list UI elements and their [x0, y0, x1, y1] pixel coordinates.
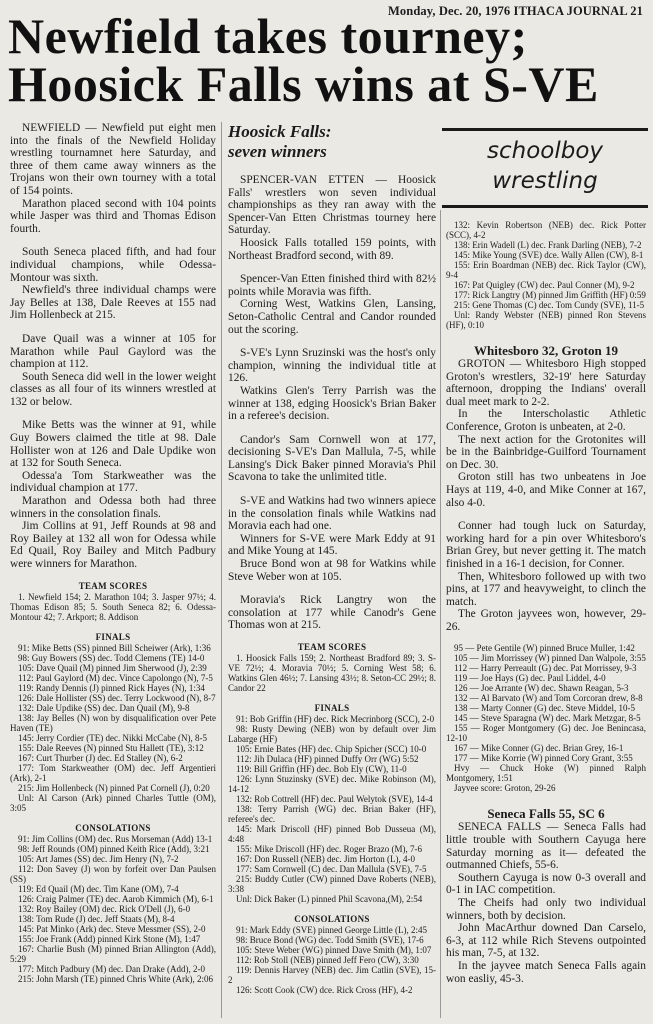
result-line: 155: Dale Reeves (N) pinned Stu Hallett … [10, 743, 216, 753]
headline-line-2: Hoosick Falls wins at S-VE [8, 56, 599, 112]
result-line: 145 — Steve Sparagna (W) dec. Mark Metzg… [446, 713, 646, 723]
result-line: 177 — Mike Korrie (W) pinned Cory Grant,… [446, 753, 646, 763]
paragraph: Marathon and Odessa both had three winne… [10, 495, 216, 520]
result-line: 138 — Marty Conner (G) dec. Steve Middel… [446, 703, 646, 713]
result-line: Hvy — Chuck Hoke (W) pinned Ralph Montgo… [446, 763, 646, 783]
result-line: 98: Guy Bowers (SS) dec. Todd Clemens (T… [10, 653, 216, 663]
result-line: 105: Steve Weber (WG) pinned Dave Smith … [228, 945, 436, 955]
consolations-list: 91: Jim Collins (OM) dec. Rus Morseman (… [10, 834, 216, 984]
column-header-line-1: schoolboy [487, 138, 603, 164]
result-line: 105 — Jim Morrissey (W) pinned Dan Walpo… [446, 653, 646, 663]
result-line: 112: Don Savey (J) won by forfeit over D… [10, 864, 216, 884]
newspaper-page: Monday, Dec. 20, 1976 ITHACA JOURNAL 21 … [0, 0, 653, 1024]
result-line: 132 — Al Barvato (W) and Tom Corcoran dr… [446, 693, 646, 703]
subhead-line-2: seven winners [228, 142, 327, 161]
paragraph: Newfield's three individual champs were … [10, 284, 216, 322]
result-line: 105: Ernie Bates (HF) dec. Chip Spicher … [228, 744, 436, 754]
finals-heading: FINALS [10, 632, 216, 642]
result-line: 105: Dave Quail (M) pinned Jim Sherwood … [10, 663, 216, 673]
result-line: 119: Bill Griffin (HF) dec. Bob Ely (CW)… [228, 764, 436, 774]
result-line: 138: Jay Belles (N) won by disqualificat… [10, 713, 216, 733]
paragraph: The Groton jayvees won, however, 29-26. [446, 608, 646, 633]
result-line: 119 — Joe Hays (G) dec. Paul Liddel, 4-0 [446, 673, 646, 683]
result-line: 138: Erin Wadell (L) dec. Frank Darling … [446, 240, 646, 250]
paragraph: Marathon placed second with 104 points w… [10, 198, 216, 236]
result-line: 177: Mitch Padbury (M) dec. Dan Drake (A… [10, 964, 216, 974]
right-column: 132: Kevin Robertson (NEB) dec. Rick Pot… [446, 206, 646, 985]
newfield-body: NEWFIELD — Newfield put eight men into t… [10, 122, 216, 571]
paragraph: John MacArthur downed Dan Carselo, 6-3, … [446, 922, 646, 960]
paragraph: Winners for S-VE were Mark Eddy at 91 an… [228, 533, 436, 558]
result-line: Unl: Dick Baker (L) pinned Phil Scavona,… [228, 894, 436, 904]
result-line: 119: Randy Dennis (J) pinned Rick Hayes … [10, 683, 216, 693]
team-scores-heading: TEAM SCORES [228, 642, 436, 652]
result-line: 138: Terry Parrish (WG) dec. Brian Baker… [228, 804, 436, 824]
paragraph: Corning West, Watkins Glen, Lansing, Set… [228, 298, 436, 336]
paragraph: Jim Collins at 91, Jeff Rounds at 98 and… [10, 520, 216, 570]
paragraph: The Cheifs had only two individual winne… [446, 897, 646, 922]
result-line: 155: Joe Frank (Add) pinned Kirk Stone (… [10, 934, 216, 944]
paragraph: The next action for the Grotonites will … [446, 434, 646, 472]
result-line: 132: Roy Bailey (OM) dec. Rick O'Dell (J… [10, 904, 216, 914]
team-scores: 1. Hoosick Falls 159; 2. Northeast Bradf… [228, 653, 436, 693]
result-line: 215: John Marsh (TE) pinned Chris White … [10, 974, 216, 984]
paragraph: GROTON — Whitesboro High stopped Groton'… [446, 358, 646, 408]
result-line: 167 — Mike Conner (G) dec. Brian Grey, 1… [446, 743, 646, 753]
result-line: 126: Dale Hollister (SS) dec. Terry Lock… [10, 693, 216, 703]
paragraph: S-VE's Lynn Sruzinski was the host's onl… [228, 347, 436, 385]
paragraph: S-VE and Watkins had two winners apiece … [228, 495, 436, 533]
newfield-article: NEWFIELD — Newfield put eight men into t… [10, 122, 216, 984]
result-line: 145: Mike Young (SVE) dce. Wally Allen (… [446, 250, 646, 260]
paragraph: Odessa'a Tom Starkweather was the indivi… [10, 470, 216, 495]
paragraph: Hoosick Falls totalled 159 points, with … [228, 237, 436, 262]
paragraph: Then, Whitesboro followed up with two pi… [446, 571, 646, 609]
finals-list: 91: Bob Griffin (HF) dec. Rick Mecrinbor… [228, 714, 436, 904]
result-line: 155: Erin Boardman (NEB) dec. Rick Taylo… [446, 260, 646, 280]
consolations-heading: CONSOLATIONS [228, 914, 436, 924]
result-line: 119: Ed Quail (M) dec. Tim Kane (OM), 7-… [10, 884, 216, 894]
result-line: 98: Jeff Rounds (OM) pinned Keith Rice (… [10, 844, 216, 854]
paragraph: In the Interscholastic Athletic Conferen… [446, 408, 646, 433]
result-line: 177: Rick Langtry (M) pinned Jim Griffit… [446, 290, 646, 300]
result-line: Unl: Randy Webster (NEB) pinned Ron Stev… [446, 310, 646, 330]
paragraph: Watkins Glen's Terry Parrish was the win… [228, 385, 436, 423]
result-line: 215: Buddy Cutler (CW) pinned Dave Rober… [228, 874, 436, 894]
paragraph: Conner had tough luck on Saturday, worki… [446, 520, 646, 570]
paragraph: Moravia's Rick Langtry won the consolati… [228, 594, 436, 632]
result-line: 126 — Joe Arrante (W) dec. Shawn Reagan,… [446, 683, 646, 693]
result-line: 145: Pat Minko (Ark) dec. Steve Messmer … [10, 924, 216, 934]
whitesboro-headline: Whitesboro 32, Groton 19 [446, 344, 646, 358]
paragraph: Southern Cayuga is now 0-3 overall and 0… [446, 872, 646, 897]
result-line: 126: Lynn Stuzinsky (SVE) dec. Mike Robi… [228, 774, 436, 794]
result-line: 112: Paul Gaylord (M) dec. Vince Capolon… [10, 673, 216, 683]
paragraph: South Seneca did well in the lower weigh… [10, 371, 216, 409]
result-line: 167: Pat Quigley (CW) dec. Paul Conner (… [446, 280, 646, 290]
result-line: 167: Curt Thurber (J) dec. Ed Stalley (N… [10, 753, 216, 763]
paragraph: Groton still has two unbeatens in Joe Ha… [446, 471, 646, 509]
paragraph: Spencer-Van Etten finished third with 82… [228, 273, 436, 298]
result-line: 119: Dennis Harvey (NEB) dec. Jim Catlin… [228, 965, 436, 985]
result-line: 91: Mike Betts (SS) pinned Bill Scheiwer… [10, 643, 216, 653]
result-line: 177: Sam Cornwell (C) dec. Dan Mallula (… [228, 864, 436, 874]
column-header-box: schoolboy wrestling [442, 128, 648, 208]
result-line: 91: Mark Eddy (SVE) pinned George Little… [228, 925, 436, 935]
result-line: 132: Rob Cottrell (HF) dec. Paul Welytok… [228, 794, 436, 804]
result-line: 112 — Harry Perreault (G) dec. Pat Morri… [446, 663, 646, 673]
result-line: 215: Jim Hollenbeck (N) pinned Pat Corne… [10, 783, 216, 793]
paragraph: SPENCER-VAN ETTEN — Hoosick Falls' wrest… [228, 174, 436, 237]
result-line: 215: Gene Thomas (C) dec. Tom Cundy (SVE… [446, 300, 646, 310]
result-line: 105: Art James (SS) dec. Jim Henry (N), … [10, 854, 216, 864]
consolations-heading: CONSOLATIONS [10, 823, 216, 833]
paragraph: SENECA FALLS — Seneca Falls had little t… [446, 821, 646, 871]
paragraph: South Seneca placed fifth, and had four … [10, 246, 216, 284]
finals-heading: FINALS [228, 703, 436, 713]
whitesboro-results: 95 — Pete Gentile (W) pinned Bruce Mulle… [446, 643, 646, 783]
result-line: 91: Bob Griffin (HF) dec. Rick Mecrinbor… [228, 714, 436, 724]
subhead-line-1: Hoosick Falls: [228, 122, 331, 141]
column-divider [221, 122, 222, 1018]
jayvee-score: Jayvee score: Groton, 29-26 [446, 783, 646, 793]
article-subhead: Hoosick Falls: seven winners [228, 122, 436, 162]
result-line: 167: Charlie Bush (M) pinned Brian Allin… [10, 944, 216, 964]
result-line: 98: Bruce Bond (WG) dec. Todd Smith (SVE… [228, 935, 436, 945]
seneca-headline: Seneca Falls 55, SC 6 [446, 807, 646, 821]
consolations-list: 91: Mark Eddy (SVE) pinned George Little… [228, 925, 436, 995]
result-line: 126: Scott Cook (CW) dce. Rick Cross (HF… [228, 985, 436, 995]
result-line: 145: Mark Driscoll (HF) pinned Bob Dusse… [228, 824, 436, 844]
paragraph: Candor's Sam Cornwell won at 177, decisi… [228, 434, 436, 484]
result-line: 132: Kevin Robertson (NEB) dec. Rick Pot… [446, 220, 646, 240]
column-divider [440, 210, 441, 1018]
hoosick-article: Hoosick Falls: seven winners SPENCER-VAN… [228, 122, 436, 995]
paragraph: In the jayvee match Seneca Falls again w… [446, 960, 646, 985]
result-line: 112: Rob Stoll (NEB) pinned Jeff Fero (C… [228, 955, 436, 965]
team-scores-heading: TEAM SCORES [10, 581, 216, 591]
result-line: 155 — Roger Montgomery (G) dec. Joe Beni… [446, 723, 646, 743]
result-line: 126: Craig Palmer (TE) dec. Aarob Kimmic… [10, 894, 216, 904]
result-line: 138: Tom Rude (J) dec. Jeff Staats (M), … [10, 914, 216, 924]
result-line: 177: Tom Starkweather (OM) dec. Jeff Arg… [10, 763, 216, 783]
paragraph: Mike Betts was the winner at 91, while G… [10, 419, 216, 469]
finals-list: 91: Mike Betts (SS) pinned Bill Scheiwer… [10, 643, 216, 813]
result-line: 145: Jerry Cordier (TE) dec. Nikki McCab… [10, 733, 216, 743]
page-headline: Newfield takes tourney; Hoosick Falls wi… [8, 12, 648, 108]
result-line: 155: Mike Driscoll (HF) dec. Roger Brazo… [228, 844, 436, 854]
team-scores: 1. Newfield 154; 2. Marathon 104; 3. Jas… [10, 592, 216, 622]
result-line: 112: Jih Dulaca (HF) pinned Duffy Orr (W… [228, 754, 436, 764]
column-header-line-2: wrestling [492, 168, 597, 194]
result-line: Unl: Al Carson (Ark) pinned Charles Tutt… [10, 793, 216, 813]
result-line: 98: Rusty Dewing (NEB) won by default ov… [228, 724, 436, 744]
hoosick-consolations-continued: 132: Kevin Robertson (NEB) dec. Rick Pot… [446, 220, 646, 330]
paragraph: Bruce Bond won at 98 for Watkins while S… [228, 558, 436, 583]
paragraph: NEWFIELD — Newfield put eight men into t… [10, 122, 216, 198]
result-line: 91: Jim Collins (OM) dec. Rus Morseman (… [10, 834, 216, 844]
result-line: 167: Don Russell (NEB) dec. Jim Horton (… [228, 854, 436, 864]
result-line: 132: Dale Updike (SS) dec. Dan Quail (M)… [10, 703, 216, 713]
result-line: 95 — Pete Gentile (W) pinned Bruce Mulle… [446, 643, 646, 653]
paragraph: Dave Quail was a winner at 105 for Marat… [10, 333, 216, 371]
